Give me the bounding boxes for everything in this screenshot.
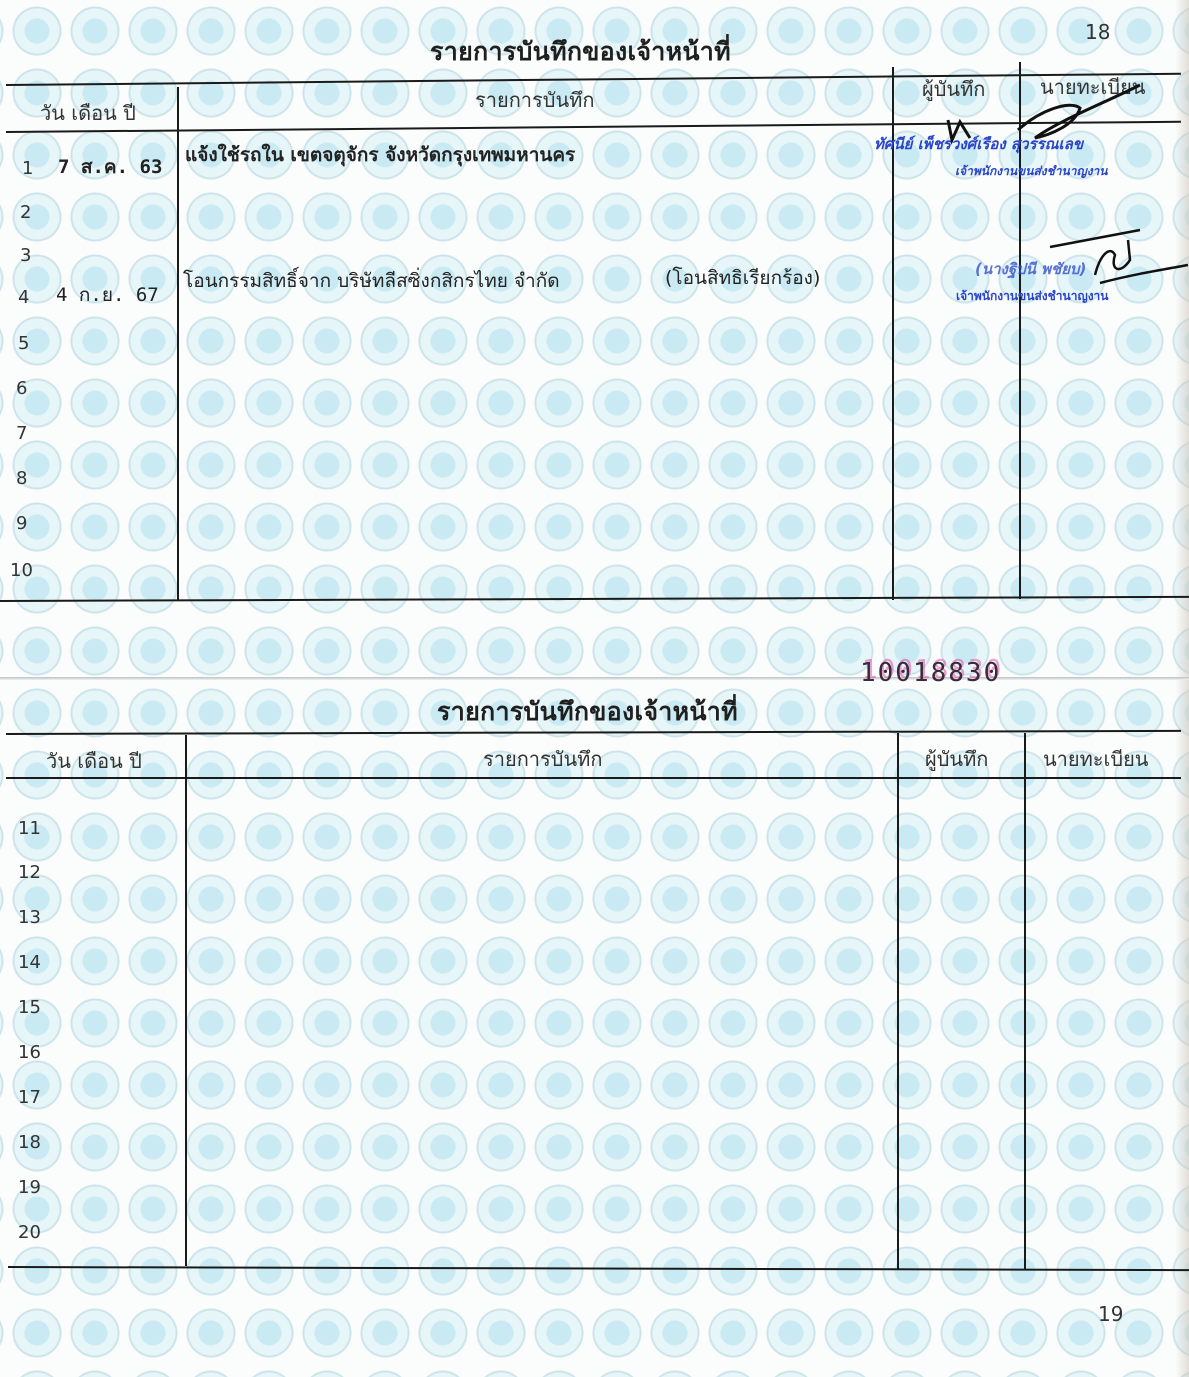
header-record: รายการบันทึก [483,743,602,775]
entry-text: โอนกรรมสิทธิ์จาก บริษัทลีสซิ่งกสิกรไทย จ… [183,266,560,296]
row-number: 13 [18,907,41,928]
header-registrar: นายทะเบียน [1040,71,1145,103]
page-19: รายการบันทึกของเจ้าหน้าที่ วัน เดือน ปี … [0,640,1189,1377]
table-bottom-rule [8,1266,1189,1271]
row-number: 18 [18,1132,41,1153]
row-number: 3 [20,245,31,266]
row-number: 7 [16,423,27,444]
entry-note: (โอนสิทธิเรียกร้อง) [665,263,820,293]
header-bottom-rule [6,777,1181,779]
header-recorder: ผู้บันทึก [925,743,988,775]
page-number: 19 [1098,1302,1123,1326]
registrar-column-divider [1024,733,1026,1269]
row-number: 19 [18,1177,41,1198]
row-number: 15 [18,997,41,1018]
entry-date: 7 ส.ค. 63 [58,152,162,182]
row-number: 1 [22,158,33,179]
date-column-divider [185,735,187,1266]
signature-icon [940,100,1140,150]
row-number: 8 [16,468,27,489]
row-number: 10 [10,560,33,581]
row-number: 5 [18,333,29,354]
row-number: 14 [18,952,41,973]
row-number: 2 [20,202,31,223]
entry-text: แจ้งใช้รถใน เขตจตุจักร จังหวัดกรุงเทพมหา… [185,140,575,170]
entry-date: 4 ก.ย. 67 [56,280,159,310]
row-number: 12 [18,862,41,883]
row-number: 11 [18,818,41,839]
row-number: 17 [18,1087,41,1108]
header-date: วัน เดือน ปี [40,97,136,129]
row-number: 20 [18,1222,41,1243]
header-registrar: นายทะเบียน [1043,743,1148,775]
header-date: วัน เดือน ปี [46,745,142,777]
page-18: 18 รายการบันทึกของเจ้าหน้าที่ วัน เดือน … [0,0,1189,610]
table-top-rule [6,730,1181,735]
page-number: 18 [1085,20,1110,44]
recorder-stamp-title: เจ้าพนักงานขนส่งชำนาญงาน [955,162,1108,181]
row-number: 9 [16,513,27,534]
signature-icon [1040,225,1189,295]
page-title: รายการบันทึกของเจ้าหน้าที่ [437,692,738,732]
row-number: 6 [16,378,27,399]
row-number: 4 [18,287,29,308]
page-title: รายการบันทึกของเจ้าหน้าที่ [430,32,731,72]
header-record: รายการบันทึก [475,84,594,116]
row-number: 16 [18,1042,41,1063]
date-column-divider [177,87,179,601]
recorder-column-divider [897,733,899,1269]
